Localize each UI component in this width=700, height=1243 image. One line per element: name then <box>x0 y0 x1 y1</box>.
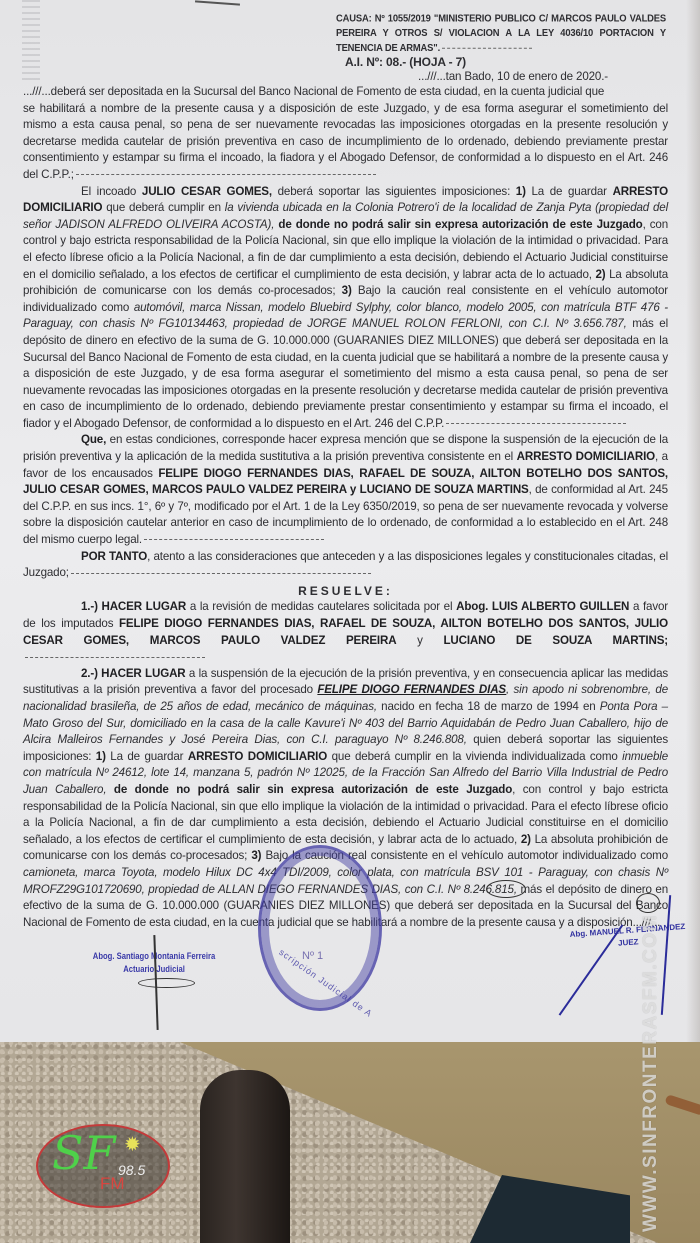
case-header: CAUSA: Nº 1055/2019 "MINISTERIO PUBLICO … <box>336 11 666 55</box>
paragraph-que: Que, en estas condiciones, corresponde h… <box>23 432 668 548</box>
seal-number: Nº 1 <box>302 950 323 962</box>
dashed-line <box>76 174 376 175</box>
dashed-line <box>442 48 532 49</box>
resuelve-heading: RESUELVE: <box>23 583 668 600</box>
paragraph-por-tanto: POR TANTO, atento a las consideraciones … <box>23 549 668 582</box>
dashed-line <box>446 423 626 424</box>
actuario-signature-loop <box>138 978 195 988</box>
logo-band: FM <box>100 1174 125 1194</box>
document-body: CAUSA: Nº 1055/2019 "MINISTERIO PUBLICO … <box>23 0 668 931</box>
logo-initials: SF <box>52 1128 115 1178</box>
place-date: ...///...tan Bado, 10 de enero de 2020.- <box>418 69 608 84</box>
resolution-number: A.I. Nº: 08.- (HOJA - 7) <box>143 55 668 69</box>
resolution-item-1: 1.-) HACER LUGAR a la revisión de medida… <box>23 599 668 665</box>
paragraph-julio-cesar: El incoado JULIO CESAR GOMES, deberá sop… <box>23 184 668 433</box>
shoe-image <box>200 1070 290 1243</box>
radio-logo: SF ✹ 98.5 FM <box>36 1124 170 1208</box>
website-watermark: WWW.SINFRONTERASFM.COM <box>640 914 662 1232</box>
continuation-row: ...///...tan Bado, 10 de enero de 2020.- <box>23 69 668 84</box>
court-seal-stamp <box>258 845 382 1011</box>
ink-circle-annotation <box>636 893 660 913</box>
dashed-line <box>71 573 371 574</box>
paragraph-1: se habilitará a nombre de la presente ca… <box>23 101 668 184</box>
dashed-line <box>144 539 324 540</box>
document-page: CAUSA: Nº 1055/2019 "MINISTERIO PUBLICO … <box>0 0 700 1042</box>
dashed-line <box>25 657 205 658</box>
microphone-sun-icon: ✹ <box>124 1132 141 1157</box>
continuation-text: ...///...deberá ser depositada en la Suc… <box>23 84 668 101</box>
ink-circle-annotation <box>486 880 526 898</box>
